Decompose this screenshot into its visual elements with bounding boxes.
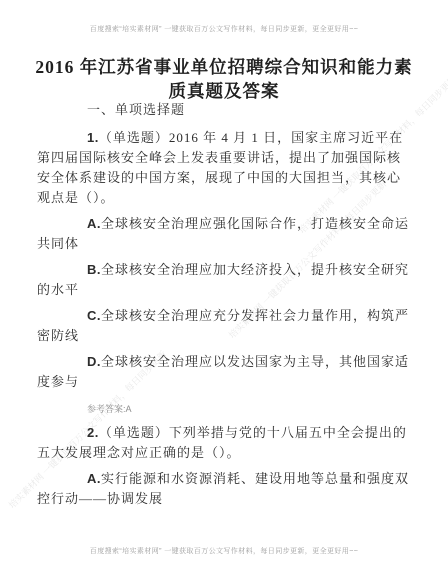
document-title: 2016 年江苏省事业单位招聘综合知识和能力素质真题及答案 [30, 55, 418, 103]
option-letter: C. [87, 308, 101, 323]
question-1-option-d: D.全球核安全治理应以发达国家为主导，其他国家适度参与 [37, 352, 413, 392]
question-1-stem: 1.（单选题）2016 年 4 月 1 日，国家主席习近平在第四届国际核安全峰会… [37, 128, 413, 208]
option-letter: A. [87, 471, 101, 486]
option-letter: D. [87, 354, 101, 369]
top-watermark-banner: 百度搜索“培实素材网” 一键获取百万公文写作材料，每日同步更新，更全更好用~~ [0, 24, 448, 34]
question-2-option-a: A.实行能源和水资源消耗、建设用地等总量和强度双控行动——协调发展 [37, 469, 413, 509]
question-1-option-c: C.全球核安全治理应充分发挥社会力量作用，构筑严密防线 [37, 306, 413, 346]
question-1-option-a: A.全球核安全治理应强化国际合作，打造核安全命运共同体 [37, 214, 413, 254]
question-1-reference-answer: 参考答案:A [37, 403, 413, 415]
section-heading: 一、单项选择题 [37, 100, 413, 120]
question-1-option-b: B.全球核安全治理应加大经济投入，提升核安全研究的水平 [37, 260, 413, 300]
option-letter: B. [87, 262, 101, 277]
question-1-number: 1. [87, 130, 99, 145]
document-body: 一、单项选择题 1.（单选题）2016 年 4 月 1 日，国家主席习近平在第四… [37, 100, 413, 509]
question-2-stem: 2.（单选题）下列举措与党的十八届五中全会提出的五大发展理念对应正确的是（）。 [37, 423, 413, 463]
option-letter: A. [87, 216, 101, 231]
question-2-number: 2. [87, 425, 99, 440]
bottom-watermark-banner: 百度搜索“培实素材网” 一键获取百万公文写作材料，每日同步更新，更全更好用~~ [0, 546, 448, 556]
